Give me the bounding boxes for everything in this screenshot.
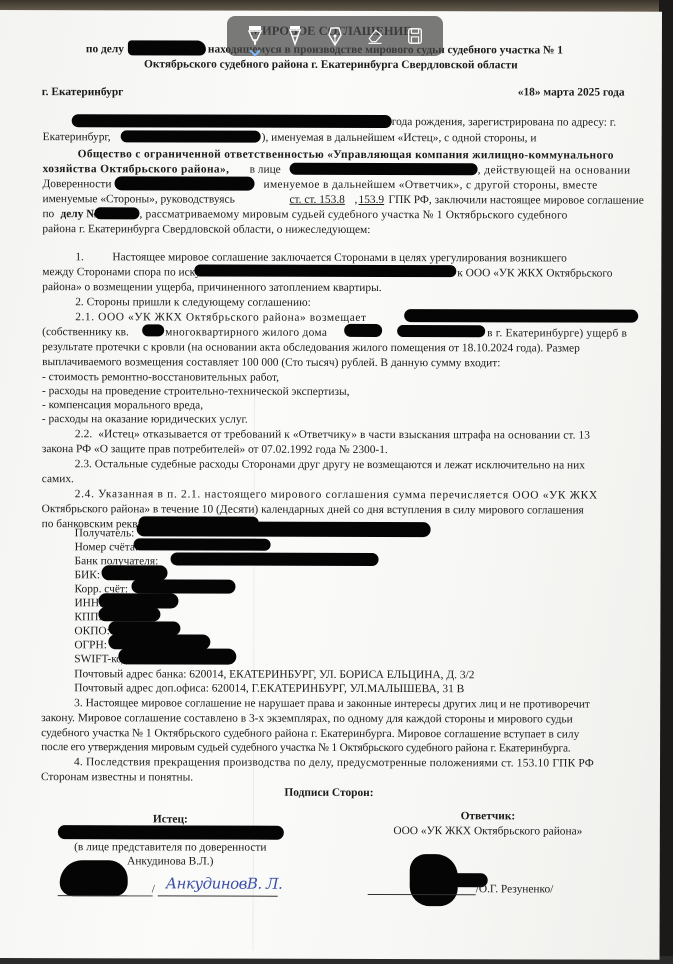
plaintiff-representative: (в лице представителя по доверенности (58, 840, 283, 855)
signature-line (58, 895, 153, 896)
preamble-text: , действующей на основании (478, 163, 631, 177)
clause-2-1: выплачиваемого возмещения составляет 100… (42, 355, 500, 370)
eraser-tool[interactable] (362, 21, 388, 51)
city: г. Екатеринбург (42, 85, 124, 99)
signature-line (368, 894, 476, 895)
office-address: Почтовый адрес доп.офиса: 620014, Г.ЕКАТ… (74, 681, 464, 696)
law-reference-link[interactable]: ст. ст. 153.8 (289, 193, 344, 207)
clause-2: 2. Стороны пришли к следующему соглашени… (75, 295, 311, 310)
bank-field-label: БИК: (75, 568, 101, 582)
clause-4: Сторонам известны и понятны. (41, 770, 193, 784)
redaction (194, 265, 456, 278)
clause-2-1: результате протечки с кровли (на основан… (42, 340, 580, 355)
redaction (60, 860, 128, 896)
case-number-label: делу № (60, 207, 97, 221)
pen-tool[interactable] (322, 21, 348, 51)
list-item: - компенсация морального вреда, (42, 398, 203, 412)
redaction (98, 593, 178, 608)
defendant-org: ООО «УК ЖКХ Октябрьского района» (353, 824, 623, 839)
preamble-text: именуемые «Стороны», руководствуясь (42, 192, 234, 207)
clause-2-4: Октябрьского района» в течение 10 (Десят… (42, 502, 584, 517)
clause-4: 4. Последствия прекращения производства … (74, 755, 594, 770)
preamble-text: именуемое в дальнейшем «Ответчик», с дру… (264, 178, 598, 193)
clause-2-1: многоквартирного жилого дома (165, 325, 327, 339)
clause-3: 3. Настоящее мировое соглашение не наруш… (74, 696, 590, 711)
clause-2-4: 2.4. Указанная в п. 2.1. настоящего миро… (75, 487, 598, 502)
pencil-tool[interactable] (282, 21, 308, 51)
document-page: МИРОВОЕ СОГЛАШЕНИЕ по делу находящемуся … (0, 10, 662, 960)
redaction (102, 565, 168, 580)
redaction (58, 825, 284, 840)
redaction (98, 607, 160, 621)
clause-2-2: закона РФ «О защите прав потребителей» о… (42, 442, 388, 457)
court-line: Октябрьского судебного района г. Екатери… (0, 57, 662, 73)
clause-2-3: 2.3. Остальные судебные расходы Сторонам… (75, 457, 585, 472)
law-reference-link[interactable]: 153.9 (358, 193, 384, 207)
bank-field-label: Номер счёта: (75, 540, 139, 554)
preamble-text: Доверенности (43, 177, 112, 191)
list-item: - стоимость ремонтно-восстановительных р… (42, 370, 279, 385)
clause-1: к ООО «УК ЖКХ Октябрьского (457, 266, 612, 280)
preamble-text: ГПК РФ, заключили настоящее мировое согл… (388, 193, 643, 208)
redaction (137, 521, 431, 537)
pen-icon (326, 25, 344, 47)
clause-2-1: (собственнику кв. (42, 325, 129, 339)
redaction (290, 163, 478, 175)
preamble-text: в лице (250, 163, 281, 177)
preamble-text: по (42, 207, 54, 221)
clause-3: после его утверждения мировым судьей суд… (41, 740, 570, 755)
preamble-text: района г. Екатеринбурга Свердловской обл… (42, 222, 370, 237)
redaction (94, 207, 139, 219)
redaction (344, 324, 382, 337)
list-item: - расходы на проведение строительно-техн… (42, 384, 350, 399)
defendant-signatory: /О.Г. Резуненко/ (476, 882, 554, 896)
save-tool[interactable] (402, 21, 428, 51)
annotation-toolbar (227, 16, 443, 56)
save-icon (406, 25, 424, 47)
clause-1: 1. Настоящее мировое соглашение заключае… (75, 250, 567, 265)
marker-tool[interactable] (242, 21, 268, 51)
list-item: - расходы на оказание юридических услуг. (42, 412, 248, 427)
preamble-text: Екатеринбург, (43, 130, 111, 144)
redaction (115, 176, 255, 190)
case-prefix: по делу (86, 42, 124, 56)
preamble-text: года рождения, зарегистрирована по адрес… (392, 115, 616, 130)
redaction (131, 579, 235, 593)
document-date: «18» марта 2025 года (518, 85, 625, 99)
redaction (108, 634, 210, 649)
redaction (404, 309, 638, 323)
redaction (134, 538, 271, 550)
redaction (121, 130, 261, 142)
signatures-heading: Подписи Сторон: (0, 785, 660, 801)
preamble-org: хозяйства Октябрьского района», (43, 162, 230, 176)
redaction (118, 648, 236, 664)
defendant-label: Ответчик: (353, 809, 623, 824)
marker-icon (246, 25, 264, 47)
redaction (397, 325, 485, 337)
clause-3: судебного участка № 1 Октябрьского судеб… (41, 726, 579, 741)
redaction (142, 324, 164, 336)
bank-field-label: Получатель: (75, 526, 135, 540)
clause-3: закону. Мировое соглашение составлено в … (41, 711, 573, 726)
clause-2-2: 2.2. «Истец» отказывается от требований … (75, 427, 590, 442)
redaction (72, 114, 392, 128)
eraser-icon (366, 25, 384, 47)
pencil-icon (286, 25, 304, 47)
clause-2-3: самих. (42, 472, 74, 486)
preamble-text: , рассматриваемому мировым судьей судебн… (139, 207, 567, 222)
signature-line (158, 895, 278, 896)
bank-address: Почтовый адрес банка: 620014, ЕКАТЕРИНБУ… (74, 667, 474, 682)
bank-field-label: ОКПО: (74, 624, 109, 638)
clause-2-1: в г. Екатеринбурге) ущерб в (487, 326, 627, 340)
preamble-text: ), именуемая в дальнейшем «Истец», с одн… (262, 131, 537, 146)
redaction (171, 552, 379, 566)
clause-2-1: 2.1. ООО «УК ЖКХ Октябрьского района» во… (75, 310, 366, 325)
preamble-org: Общество с ограниченной ответственностью… (78, 147, 614, 162)
handwritten-signature: АнкудиновВ. Л. (166, 874, 283, 892)
bank-field-label: ОГРН: (74, 638, 107, 652)
clause-1: между Сторонами спора по иску (42, 265, 200, 279)
clause-1: района» о возмещении ущерба, причиненног… (42, 280, 381, 295)
redaction (128, 40, 206, 55)
